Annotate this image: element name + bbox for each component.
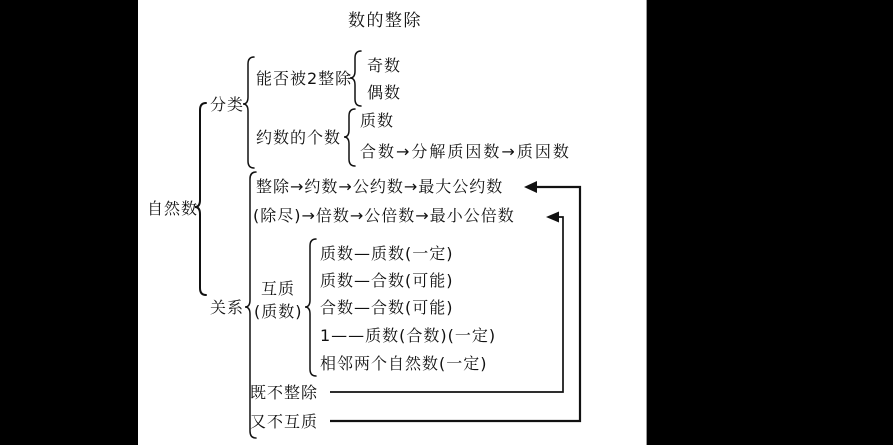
node-natural-numbers: 自然数 (147, 200, 198, 217)
node-composite-chain: 合数→分解质因数→质因数 (360, 143, 571, 160)
node-classification: 分类 (210, 96, 244, 113)
node-coprime-label: 互质 (261, 280, 295, 297)
node-divisible-by-2: 能否被2整除 (256, 70, 352, 87)
diagram-canvas: 数的整除 自然数 分类 能否被2整除 奇数 偶数 约数的个数 质数 合数→分解质… (0, 0, 893, 445)
node-coprime-case-one-prime: 1——质数(合数)(一定) (320, 327, 496, 344)
node-coprime-case-prime-composite: 质数—合数(可能) (320, 272, 454, 289)
node-relations: 关系 (210, 299, 244, 316)
node-coprime-case-adjacent-naturals: 相邻两个自然数(一定) (320, 355, 488, 372)
node-coprime-sublabel: (质数) (254, 303, 303, 320)
page-title: 数的整除 (348, 13, 422, 30)
node-divisor-count: 约数的个数 (256, 129, 341, 146)
node-divisible-chain: 整除→约数→公约数→最大公约数 (256, 178, 503, 195)
node-nor-coprime: 又不互质 (250, 413, 318, 430)
node-prime-numbers: 质数 (360, 112, 394, 129)
node-neither-divisible: 既不整除 (250, 384, 318, 401)
node-divide-exactly-chain: (除尽)→倍数→公倍数→最小公倍数 (253, 207, 515, 224)
node-even-numbers: 偶数 (367, 84, 401, 101)
node-coprime-case-composite-composite: 合数—合数(可能) (320, 299, 454, 316)
node-coprime-case-prime-prime: 质数—质数(一定) (320, 245, 454, 262)
node-odd-numbers: 奇数 (367, 57, 401, 74)
